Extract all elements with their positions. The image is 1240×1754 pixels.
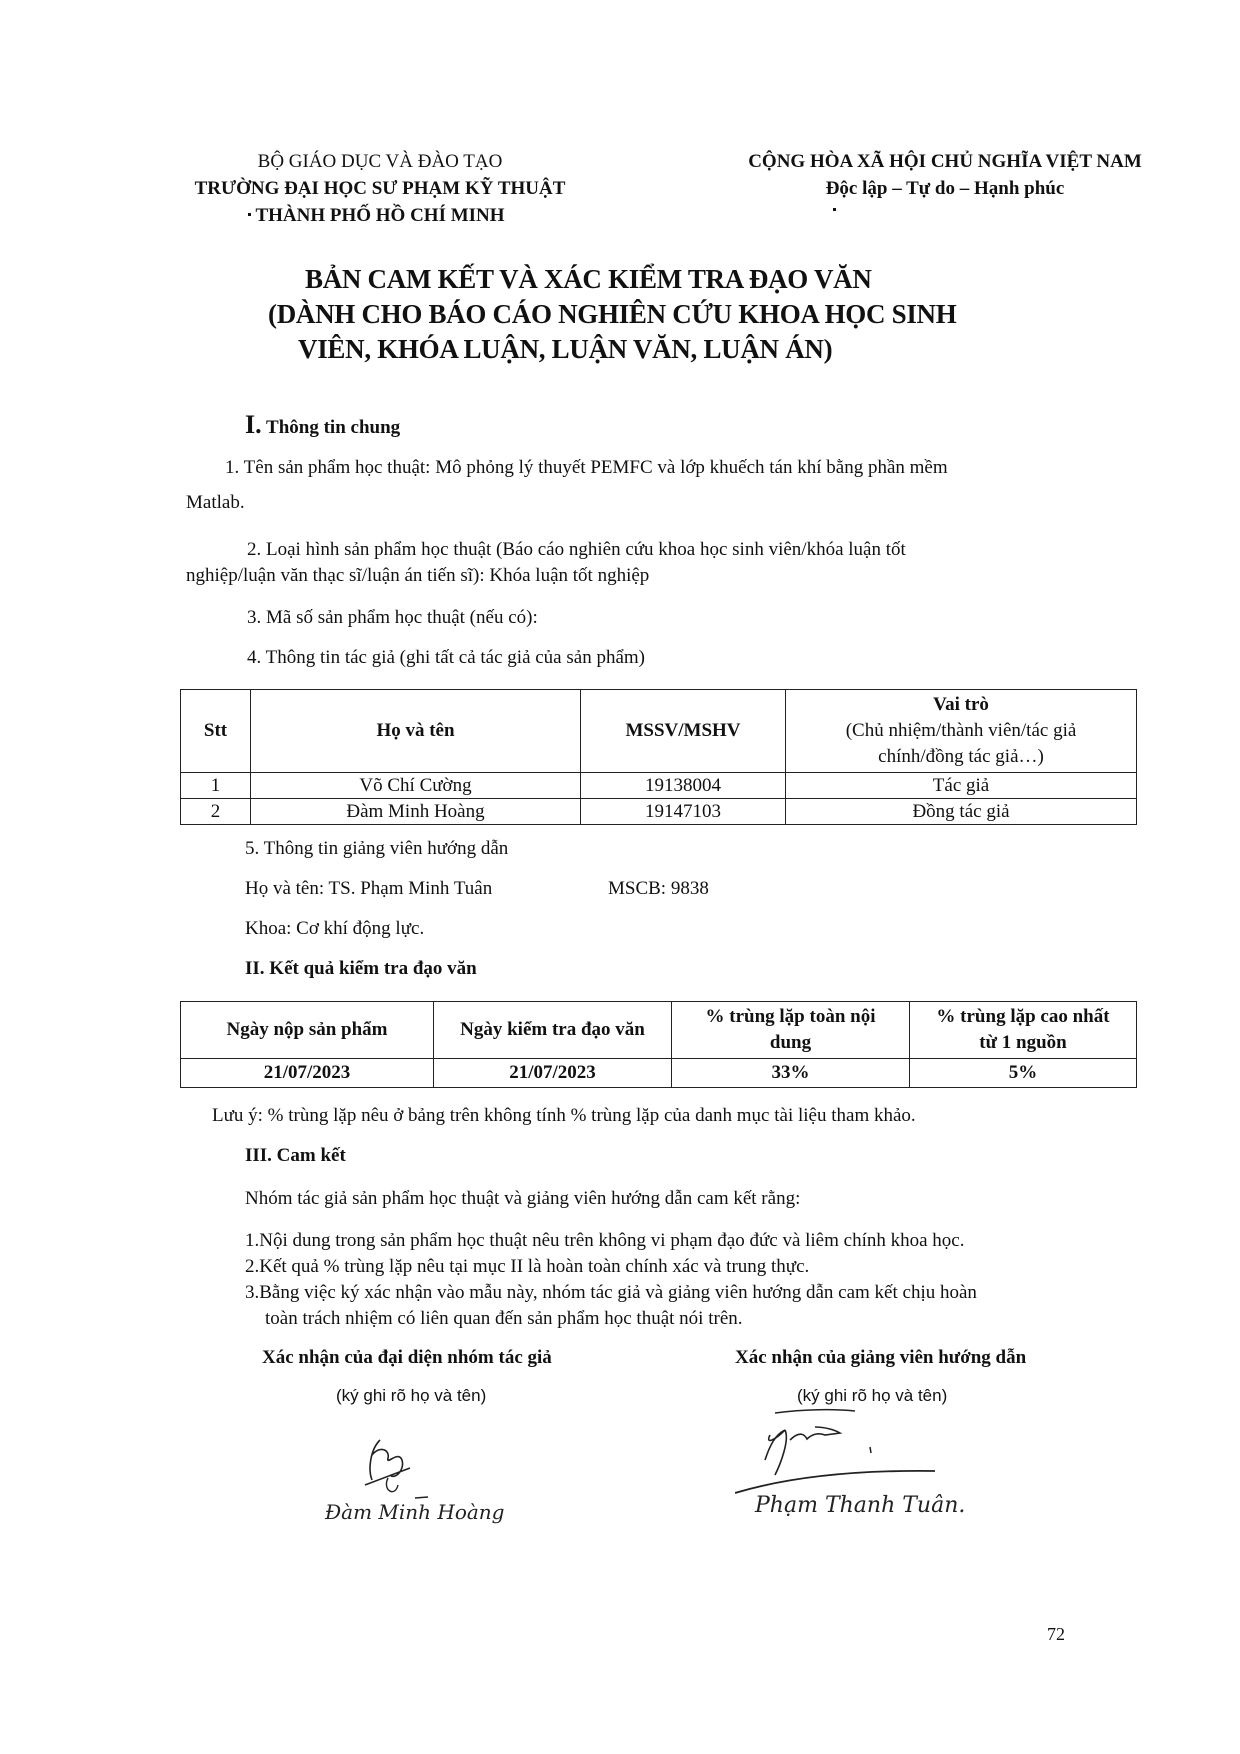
item2-line1: 2. Loại hình sản phẩm học thuật (Báo cáo… bbox=[247, 537, 906, 563]
item2-line2: nghiệp/luận văn thạc sĩ/luận án tiến sĩ)… bbox=[186, 563, 649, 589]
table-row: 1 Võ Chí Cường 19138004 Tác giả bbox=[181, 773, 1137, 799]
title-line1: BẢN CAM KẾT VÀ XÁC KIỂM TRA ĐẠO VĂN bbox=[245, 262, 1045, 297]
school-name-line2: THÀNH PHỐ HỒ CHÍ MINH bbox=[170, 202, 590, 229]
header-total-dup-line2: dung bbox=[678, 1030, 903, 1056]
table-header-row: Ngày nộp sản phẩm Ngày kiểm tra đạo văn … bbox=[181, 1002, 1137, 1059]
max-dup-value: 5% bbox=[910, 1059, 1137, 1088]
advisor-name: Họ và tên: TS. Phạm Minh Tuân bbox=[245, 876, 492, 902]
title-line2: (DÀNH CHO BÁO CÁO NGHIÊN CỨU KHOA HỌC SI… bbox=[245, 297, 1045, 332]
institution-header: BỘ GIÁO DỤC VÀ ĐÀO TẠO TRƯỜNG ĐẠI HỌC SƯ… bbox=[170, 148, 590, 229]
commitment-intro: Nhóm tác giả sản phẩm học thuật và giảng… bbox=[245, 1186, 800, 1212]
header-name: Họ và tên bbox=[251, 690, 581, 773]
commitment-1: 1.Nội dung trong sản phẩm học thuật nêu … bbox=[245, 1228, 964, 1254]
advisor-handwritten-name: Phạm Thanh Tuân. bbox=[755, 1493, 965, 1518]
author-handwritten-name: Đàm Minh Hoàng bbox=[325, 1500, 504, 1524]
table-row: 21/07/2023 21/07/2023 33% 5% bbox=[181, 1059, 1137, 1088]
note: Lưu ý: % trùng lặp nêu ở bảng trên không… bbox=[212, 1103, 916, 1129]
commitment-3-line2: toàn trách nhiệm có liên quan đến sản ph… bbox=[265, 1306, 743, 1332]
right-signature-hint: (ký ghi rõ họ và tên) bbox=[797, 1386, 947, 1406]
header-max-dup-line1: % trùng lặp cao nhất bbox=[916, 1004, 1130, 1030]
faculty: Khoa: Cơ khí động lực. bbox=[245, 916, 424, 942]
row-role: Tác giả bbox=[786, 773, 1137, 799]
left-signature-hint: (ký ghi rõ họ và tên) bbox=[336, 1386, 486, 1406]
row-name: Đàm Minh Hoàng bbox=[251, 799, 581, 825]
authors-table: Stt Họ và tên MSSV/MSHV Vai trò (Chủ nhi… bbox=[180, 689, 1137, 825]
section1-roman: I. bbox=[245, 410, 262, 439]
row-stt: 2 bbox=[181, 799, 251, 825]
row-id: 19147103 bbox=[581, 799, 786, 825]
item5: 5. Thông tin giảng viên hướng dẫn bbox=[245, 836, 508, 862]
item1-line1: 1. Tên sản phẩm học thuật: Mô phỏng lý t… bbox=[225, 455, 948, 481]
table-row: 2 Đàm Minh Hoàng 19147103 Đồng tác giả bbox=[181, 799, 1137, 825]
plagiarism-results-table: Ngày nộp sản phẩm Ngày kiểm tra đạo văn … bbox=[180, 1001, 1137, 1088]
header-role-title: Vai trò bbox=[792, 692, 1130, 718]
item4: 4. Thông tin tác giả (ghi tất cả tác giả… bbox=[247, 645, 645, 671]
commitment-2: 2.Kết quả % trùng lặp nêu tại mục II là … bbox=[245, 1254, 809, 1280]
document-title: BẢN CAM KẾT VÀ XÁC KIỂM TRA ĐẠO VĂN (DÀN… bbox=[245, 262, 1045, 367]
advisor-code: MSCB: 9838 bbox=[608, 876, 709, 902]
author-signature: Đàm Minh Hoàng bbox=[310, 1420, 510, 1545]
header-role: Vai trò (Chủ nhiệm/thành viên/tác giả ch… bbox=[786, 690, 1137, 773]
header-id: MSSV/MSHV bbox=[581, 690, 786, 773]
signature-scribble-icon bbox=[735, 1405, 1055, 1505]
header-max-dup: % trùng lặp cao nhất từ 1 nguồn bbox=[910, 1002, 1137, 1059]
section1-heading: I. Thông tin chung bbox=[245, 410, 400, 440]
right-signature-title: Xác nhận của giảng viên hướng dẫn bbox=[735, 1345, 1026, 1371]
national-motto: Độc lập – Tự do – Hạnh phúc bbox=[715, 175, 1175, 202]
page-number: 72 bbox=[1047, 1621, 1065, 1647]
ministry-name: BỘ GIÁO DỤC VÀ ĐÀO TẠO bbox=[170, 148, 590, 175]
header-role-sub1: (Chủ nhiệm/thành viên/tác giả bbox=[792, 718, 1130, 744]
header-total-dup-line1: % trùng lặp toàn nội bbox=[678, 1004, 903, 1030]
section1-title: Thông tin chung bbox=[266, 417, 400, 438]
commitment-3-line1: 3.Bằng việc ký xác nhận vào mẫu này, nhó… bbox=[245, 1280, 977, 1306]
row-role: Đồng tác giả bbox=[786, 799, 1137, 825]
country-name: CỘNG HÒA XÃ HỘI CHỦ NGHĨA VIỆT NAM bbox=[715, 148, 1175, 175]
title-line3: VIÊN, KHÓA LUẬN, LUẬN VĂN, LUẬN ÁN) bbox=[245, 332, 1045, 367]
national-header: CỘNG HÒA XÃ HỘI CHỦ NGHĨA VIỆT NAM Độc l… bbox=[715, 148, 1175, 202]
table-header-row: Stt Họ và tên MSSV/MSHV Vai trò (Chủ nhi… bbox=[181, 690, 1137, 773]
header-max-dup-line2: từ 1 nguồn bbox=[916, 1030, 1130, 1056]
left-signature-title: Xác nhận của đại diện nhóm tác giả bbox=[262, 1345, 552, 1371]
check-date-value: 21/07/2023 bbox=[434, 1059, 672, 1088]
section2-heading: II. Kết quả kiểm tra đạo văn bbox=[245, 956, 477, 982]
advisor-signature: Phạm Thanh Tuân. bbox=[735, 1405, 1055, 1505]
item3: 3. Mã số sản phẩm học thuật (nếu có): bbox=[247, 605, 538, 631]
school-name-line1: TRƯỜNG ĐẠI HỌC SƯ PHẠM KỸ THUẬT bbox=[170, 175, 590, 202]
header-check-date: Ngày kiểm tra đạo văn bbox=[434, 1002, 672, 1059]
item1-line2: Matlab. bbox=[186, 490, 245, 516]
underline-mark bbox=[833, 208, 836, 211]
row-id: 19138004 bbox=[581, 773, 786, 799]
submit-date-value: 21/07/2023 bbox=[181, 1059, 434, 1088]
total-dup-value: 33% bbox=[672, 1059, 910, 1088]
header-role-sub2: chính/đồng tác giả…) bbox=[792, 744, 1130, 770]
row-stt: 1 bbox=[181, 773, 251, 799]
header-submit-date: Ngày nộp sản phẩm bbox=[181, 1002, 434, 1059]
signature-scribble-icon bbox=[310, 1420, 510, 1545]
row-name: Võ Chí Cường bbox=[251, 773, 581, 799]
header-total-dup: % trùng lặp toàn nội dung bbox=[672, 1002, 910, 1059]
section3-heading: III. Cam kết bbox=[245, 1143, 346, 1169]
underline-mark bbox=[248, 213, 251, 216]
header-stt: Stt bbox=[181, 690, 251, 773]
